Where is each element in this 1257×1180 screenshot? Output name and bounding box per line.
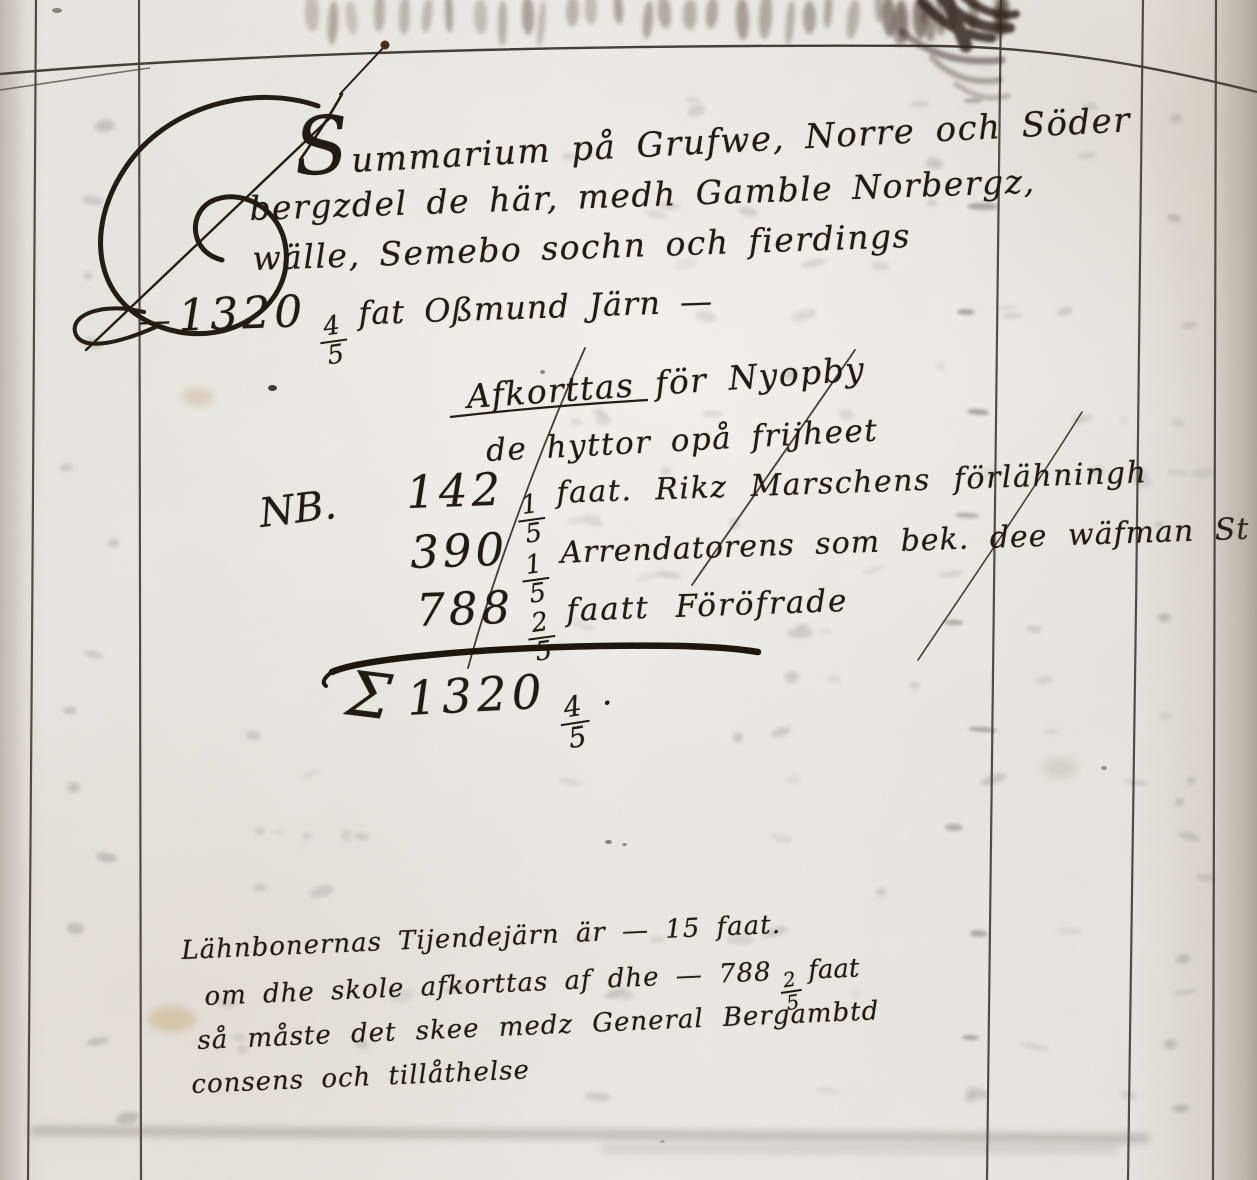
- sum-line: Σ 1320 45 .: [345, 652, 614, 754]
- manuscript-page: Summarium på Grufwe, Norre och Söder ber…: [0, 0, 1257, 1180]
- total-suffix: fat Oßmund Järn —: [358, 285, 714, 329]
- deduction-row-3: 788 25 faatt Föröfrade: [415, 573, 849, 660]
- row1-qty: 142: [405, 467, 504, 515]
- sum-frac-den: 5: [567, 723, 589, 753]
- total-iron-line: — 1320 45 fat Oßmund Järn —: [138, 276, 715, 366]
- note-line4: consens och tillåthelse: [191, 1057, 531, 1098]
- sum-value: 1320: [406, 669, 548, 723]
- nb-label: NB.: [257, 485, 338, 534]
- note-line1: Lähnbonernas Tijendejärn är — 15 faat.: [181, 912, 782, 964]
- row2-desc: Arrendatorens som bek. dee wäfman St: [560, 515, 1250, 569]
- note-line2-text: om dhe skole afkorttas af dhe — 788: [204, 959, 772, 1010]
- total-value: 1320: [178, 290, 307, 338]
- total-dash: —: [138, 304, 169, 337]
- section-heading1: Afkorttas för Nyopby: [466, 352, 867, 413]
- row2-qty: 390: [409, 527, 508, 575]
- total-frac-den: 5: [325, 341, 345, 369]
- sum-fraction: 45: [557, 692, 595, 754]
- sum-period: .: [600, 676, 613, 711]
- sigma-summa-sign: Σ: [343, 662, 394, 729]
- total-fraction: 45: [316, 313, 350, 370]
- row1-desc: faat. Rikz Marschens förlähningh: [556, 458, 1148, 509]
- heading-line3: wälle, Semebo sochn och fierdings: [252, 219, 912, 275]
- row3-desc: faatt Föröfrade: [566, 586, 849, 627]
- row3-qty: 788: [415, 585, 514, 633]
- note-line2-suffix: faat: [808, 955, 860, 983]
- handwriting-layer: Summarium på Grufwe, Norre och Söder ber…: [0, 0, 1257, 1180]
